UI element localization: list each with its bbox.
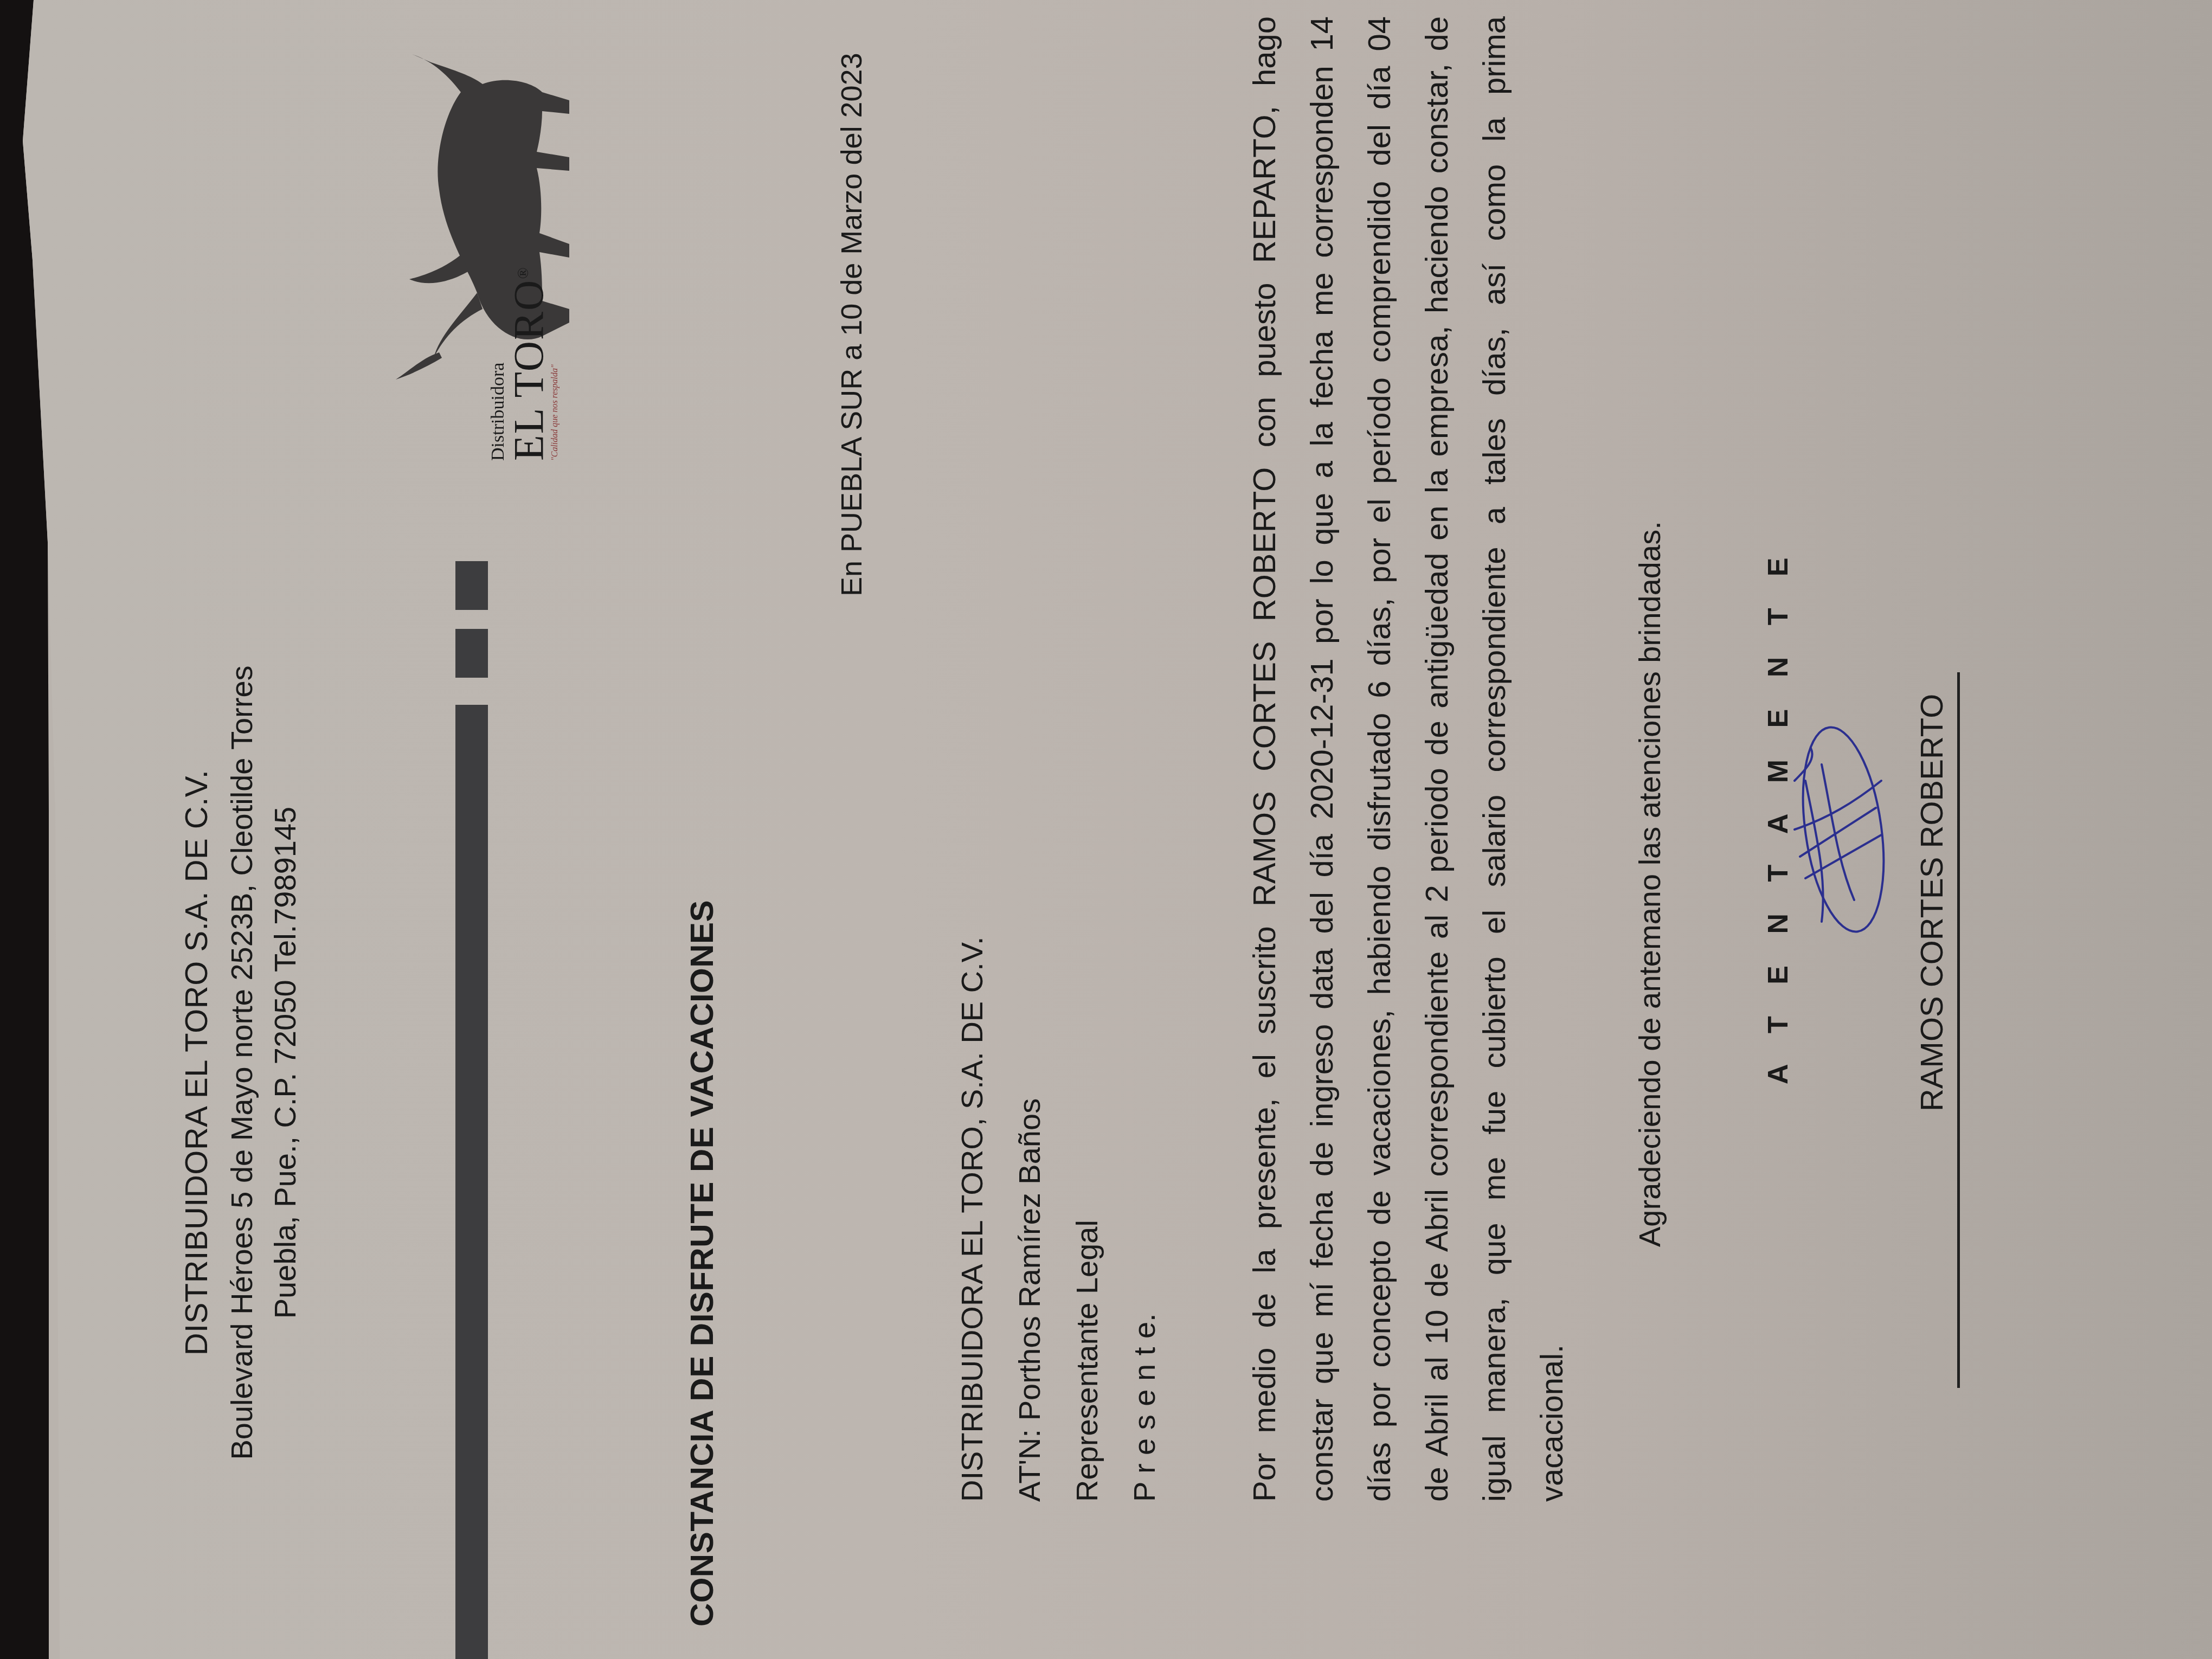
handwritten-signature xyxy=(1773,716,1903,943)
decorative-bar-short xyxy=(455,629,488,678)
registered-mark: ® xyxy=(515,266,532,279)
body-text: Por medio de la presente, el suscrito RA… xyxy=(1236,16,1581,1502)
letterhead: DISTRIBUIDORA EL TORO S.A. DE C.V. Boule… xyxy=(173,466,307,1659)
signer-name: RAMOS CORTES ROBERTO xyxy=(1914,694,1950,1111)
letter-page: DISTRIBUIDORA EL TORO S.A. DE C.V. Boule… xyxy=(54,0,2169,1659)
addressee-company: DISTRIBUIDORA EL TORO, S.A. DE C.V. xyxy=(943,936,1001,1502)
letterhead-address-line2: Puebla, Pue., C.P. 72050 Tel.7989145 xyxy=(263,466,307,1659)
logo-name-text: EL TORO xyxy=(505,279,552,461)
closing-line: Agradeciendo de antemano las atenciones … xyxy=(1632,521,1667,1247)
place-date: En PUEBLA SUR a 10 de Marzo del 2023 xyxy=(835,53,869,596)
document-title: CONSTANCIA DE DISFRUTE DE VACACIONES xyxy=(683,867,721,1659)
letterhead-address-line1: Boulevard Héroes 5 de Mayo norte 2523B, … xyxy=(220,466,263,1659)
logo-name: EL TORO® xyxy=(504,266,553,461)
addressee-salutation: P r e s e n t e. xyxy=(1116,936,1173,1502)
decorative-bar-long xyxy=(455,705,488,1659)
body-paragraph: Por medio de la presente, el suscrito RA… xyxy=(1236,16,1581,1502)
addressee-role: Representante Legal xyxy=(1058,936,1116,1502)
decorative-bar-short xyxy=(455,561,488,610)
letterhead-company: DISTRIBUIDORA EL TORO S.A. DE C.V. xyxy=(173,466,220,1659)
logo-tagline: "Calidad que nos respalda" xyxy=(550,364,560,461)
addressee-attention: AT'N: Porthos Ramírez Baños xyxy=(1001,936,1058,1502)
addressee-block: DISTRIBUIDORA EL TORO, S.A. DE C.V. AT'N… xyxy=(943,936,1173,1502)
signature-line xyxy=(1957,672,1960,1388)
decorative-bars xyxy=(455,412,493,1659)
